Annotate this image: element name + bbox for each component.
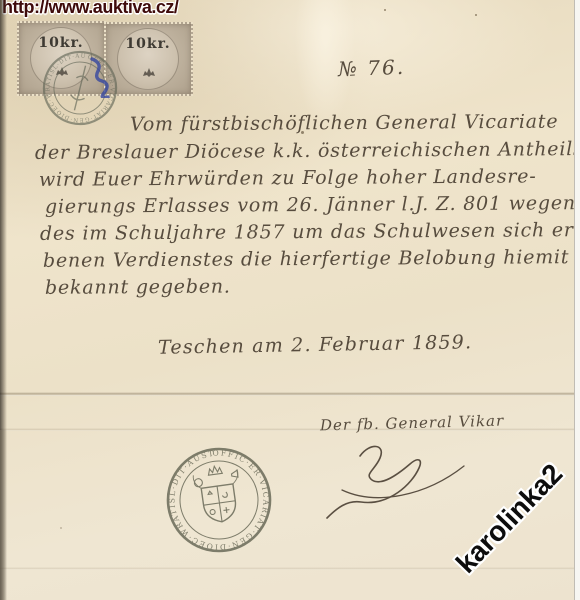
stamp-value: 10kr. <box>118 36 178 52</box>
body-line: gierungs Erlasses vom 26. Jänner l.J. Z.… <box>45 190 570 221</box>
body-line: des im Schuljahre 1857 um das Schulwesen… <box>40 217 570 248</box>
body-line: Vom fürstbischöflichen General Vicariate <box>130 108 570 138</box>
blue-ink-mark <box>84 56 112 98</box>
double-eagle-icon <box>142 67 156 77</box>
paper-speck <box>475 14 477 16</box>
fold-line <box>0 567 575 570</box>
paper-speck <box>60 527 62 529</box>
signature-flourish <box>322 438 482 523</box>
body-line: benen Verdienstes die hierfertige Belobu… <box>43 244 570 275</box>
body-line: der Breslauer Diöcese k.k. österreichisc… <box>35 136 570 167</box>
document-number: № 76. <box>338 55 406 81</box>
body-line: bekannt gegeben. <box>45 271 570 302</box>
dateline: Teschen am 2. Februar 1859. <box>158 331 473 358</box>
paper-edge-left-fade <box>0 430 7 600</box>
vicariate-seal: OFFIC·ER·VICARIAT·GEN·DIOEC·WRATISL·DIT·… <box>163 444 275 556</box>
fold-line <box>0 392 575 396</box>
paper-edge-right <box>574 0 580 600</box>
paper-speck <box>384 9 386 11</box>
body-line: wird Euer Ehrwürden zu Folge hoher Lande… <box>39 163 570 194</box>
letter-body: Vom fürstbischöflichen General Vicariate… <box>35 110 570 300</box>
auction-site-watermark: http://www.auktiva.cz/ <box>2 0 178 18</box>
scanned-document: 10kr. 10kr. OFFIC·ER·VICARIAT·GEN·DIOEC·… <box>0 0 580 600</box>
coat-of-arms <box>192 463 244 525</box>
stamp-medallion: 10kr. <box>117 28 179 90</box>
